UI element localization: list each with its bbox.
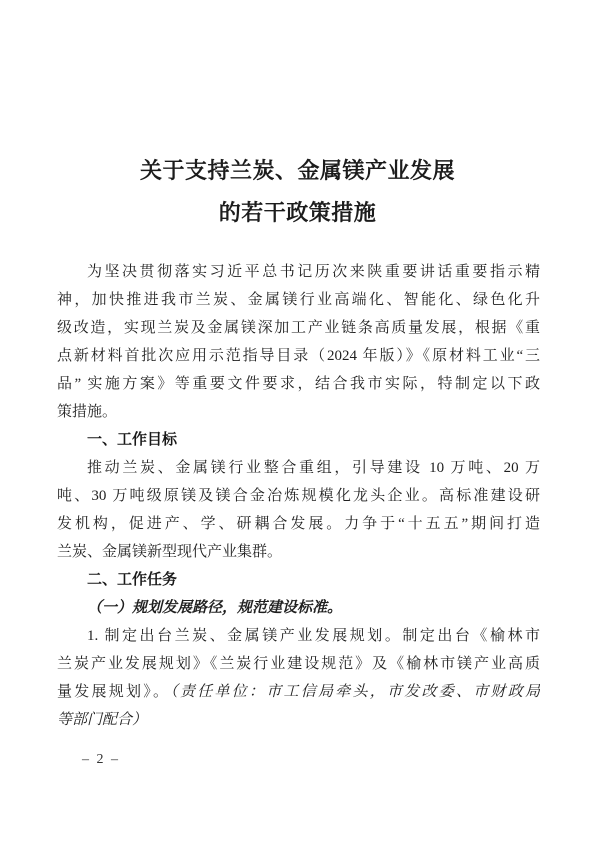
responsibility-note-segment: （责任单位：市工信局牵头，市发改委、市财政局: [170, 684, 540, 700]
paragraph-line: 神，加快推进我市兰炭、金属镁行业高端化、智能化、绿色化升: [57, 286, 540, 314]
responsibility-note-line: 等部门配合）: [57, 706, 540, 734]
paragraph-line: 吨、30 万吨级原镁及镁合金冶炼规模化龙头企业。高标准建设研: [57, 482, 540, 510]
document-page: 关于支持兰炭、金属镁产业发展 的若干政策措施 为坚决贯彻落实习近平总书记历次来陕…: [0, 0, 595, 841]
paragraph-line: 兰炭产业发展规划》《兰炭行业建设规范》及《榆林市镁产业高质: [57, 650, 540, 678]
paragraph-line: 兰炭、金属镁新型现代产业集群。: [57, 538, 540, 566]
paragraph-line: 品” 实施方案》等重要文件要求，结合我市实际，特制定以下政: [57, 370, 540, 398]
paragraph-line: 级改造，实现兰炭及金属镁深加工产业链条高质量发展，根据《重: [57, 314, 540, 342]
section-heading-1: 一、工作目标: [57, 426, 540, 454]
paragraph-line: 为坚决贯彻落实习近平总书记历次来陕重要讲话重要指示精: [57, 258, 540, 286]
paragraph-segment: 量发展规划》。: [57, 684, 170, 700]
paragraph-line: 推动兰炭、金属镁行业整合重组，引导建设 10 万吨、20 万: [57, 454, 540, 482]
paragraph-line: 点新材料首批次应用示范指导目录（2024 年版）》《原材料工业“三: [57, 342, 540, 370]
document-body: 为坚决贯彻落实习近平总书记历次来陕重要讲话重要指示精 神，加快推进我市兰炭、金属…: [57, 258, 540, 734]
section-heading-2: 二、工作任务: [57, 566, 540, 594]
paragraph-line: 量发展规划》。（责任单位：市工信局牵头，市发改委、市财政局: [57, 678, 540, 706]
paragraph-line: 策措施。: [57, 398, 540, 426]
title-line-2: 的若干政策措施: [0, 192, 595, 234]
paragraph-line: 1. 制定出台兰炭、金属镁产业发展规划。制定出台《榆林市: [57, 622, 540, 650]
title-line-1: 关于支持兰炭、金属镁产业发展: [0, 150, 595, 192]
subsection-heading: （一）规划发展路径，规范建设标准。: [57, 594, 540, 622]
paragraph-line: 发机构，促进产、学、研耦合发展。力争于“十五五”期间打造: [57, 510, 540, 538]
document-title: 关于支持兰炭、金属镁产业发展 的若干政策措施: [0, 150, 595, 234]
page-number: – 2 –: [82, 750, 120, 770]
